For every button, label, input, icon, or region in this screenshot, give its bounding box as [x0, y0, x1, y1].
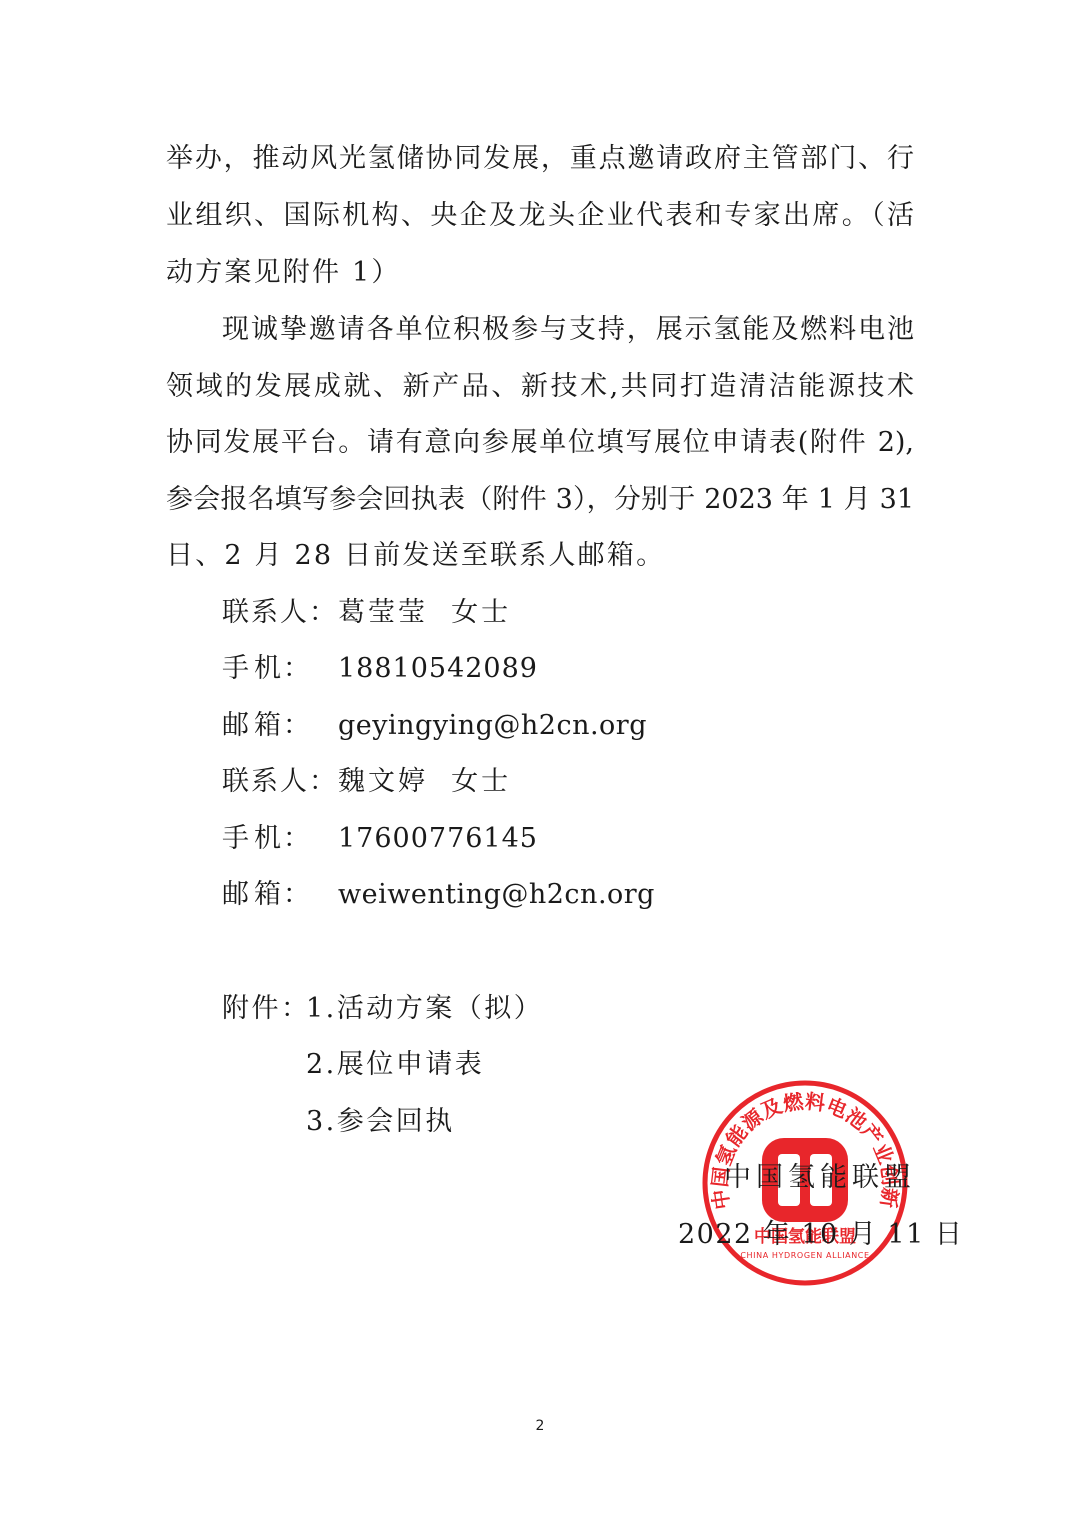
paragraph-1-line-2: 业组织、国际机构、央企及龙头企业代表和专家出席。（活 — [166, 199, 914, 233]
page-number: 2 — [0, 1418, 1080, 1434]
paragraph-2-line-5: 日、2 月 28 日前发送至联系人邮箱。 — [166, 539, 665, 573]
paragraph-2-line-1: 现诚挚邀请各单位积极参与支持，展示氢能及燃料电池 — [222, 313, 914, 347]
contact-2-email[interactable]: weiwenting@h2cn.org — [338, 878, 655, 912]
contact-1-phone: 18810542089 — [338, 652, 538, 686]
contact-1-name-label: 联系人： — [222, 596, 338, 630]
attachment-item-1: 1.活动方案（拟） — [306, 992, 543, 1026]
contact-2-name: 魏文婷 女士 — [338, 765, 511, 799]
contact-2-email-label-b: 箱： — [254, 878, 312, 912]
contact-2-email-label: 邮 箱： — [222, 878, 312, 912]
contact-1-name: 葛莹莹 女士 — [338, 596, 511, 630]
contact-2-email-label-a: 邮 — [222, 878, 251, 912]
signature-organization: 中国氢能联盟 — [724, 1161, 916, 1195]
contact-1-phone-row: 手 机： 18810542089 — [222, 652, 538, 686]
contact-2-email-row: 邮 箱： weiwenting@h2cn.org — [222, 878, 655, 912]
contact-1-phone-label: 手 机： — [222, 652, 312, 686]
document-page: 举办，推动风光氢储协同发展，重点邀请政府主管部门、行 业组织、国际机构、央企及龙… — [0, 0, 1080, 1527]
attachment-item-3: 3.参会回执 — [306, 1105, 455, 1139]
contact-1-name-row: 联系人： 葛莹莹 女士 — [222, 596, 511, 630]
contact-2-name-label: 联系人： — [222, 765, 338, 799]
contact-2-phone-row: 手 机： 17600776145 — [222, 822, 538, 856]
contact-2-phone: 17600776145 — [338, 822, 538, 856]
contact-1-email-label-b: 箱： — [254, 709, 312, 743]
seal-english-text: CHINA HYDROGEN ALLIANCE — [740, 1251, 869, 1260]
contact-1-email-label-a: 邮 — [222, 709, 251, 743]
contact-2-phone-label: 手 机： — [222, 822, 312, 856]
contact-2-phone-label-a: 手 — [222, 822, 251, 856]
paragraph-1-line-3: 动方案见附件 1） — [166, 256, 401, 290]
contact-1-email[interactable]: geyingying@h2cn.org — [338, 709, 647, 743]
contact-2-phone-label-b: 机： — [254, 822, 312, 856]
signature-date: 2022 年 10 月 11 日 — [678, 1218, 963, 1252]
contact-2-name-row: 联系人： 魏文婷 女士 — [222, 765, 511, 799]
paragraph-2-line-4: 参会报名填写参会回执表（附件 3），分别于 2023 年 1 月 31 — [166, 483, 914, 517]
contact-1-email-row: 邮 箱： geyingying@h2cn.org — [222, 709, 647, 743]
contact-1-phone-label-a: 手 — [222, 652, 251, 686]
attachments-label: 附件： — [222, 992, 311, 1026]
paragraph-1-line-1: 举办，推动风光氢储协同发展，重点邀请政府主管部门、行 — [166, 142, 914, 176]
attachment-item-2: 2.展位申请表 — [306, 1048, 484, 1082]
contact-1-email-label: 邮 箱： — [222, 709, 312, 743]
paragraph-2-line-2: 领域的发展成就、新产品、新技术,共同打造清洁能源技术 — [166, 370, 914, 404]
paragraph-2-line-3: 协同发展平台。请有意向参展单位填写展位申请表(附件 2), — [166, 426, 914, 460]
contact-1-phone-label-b: 机： — [254, 652, 312, 686]
